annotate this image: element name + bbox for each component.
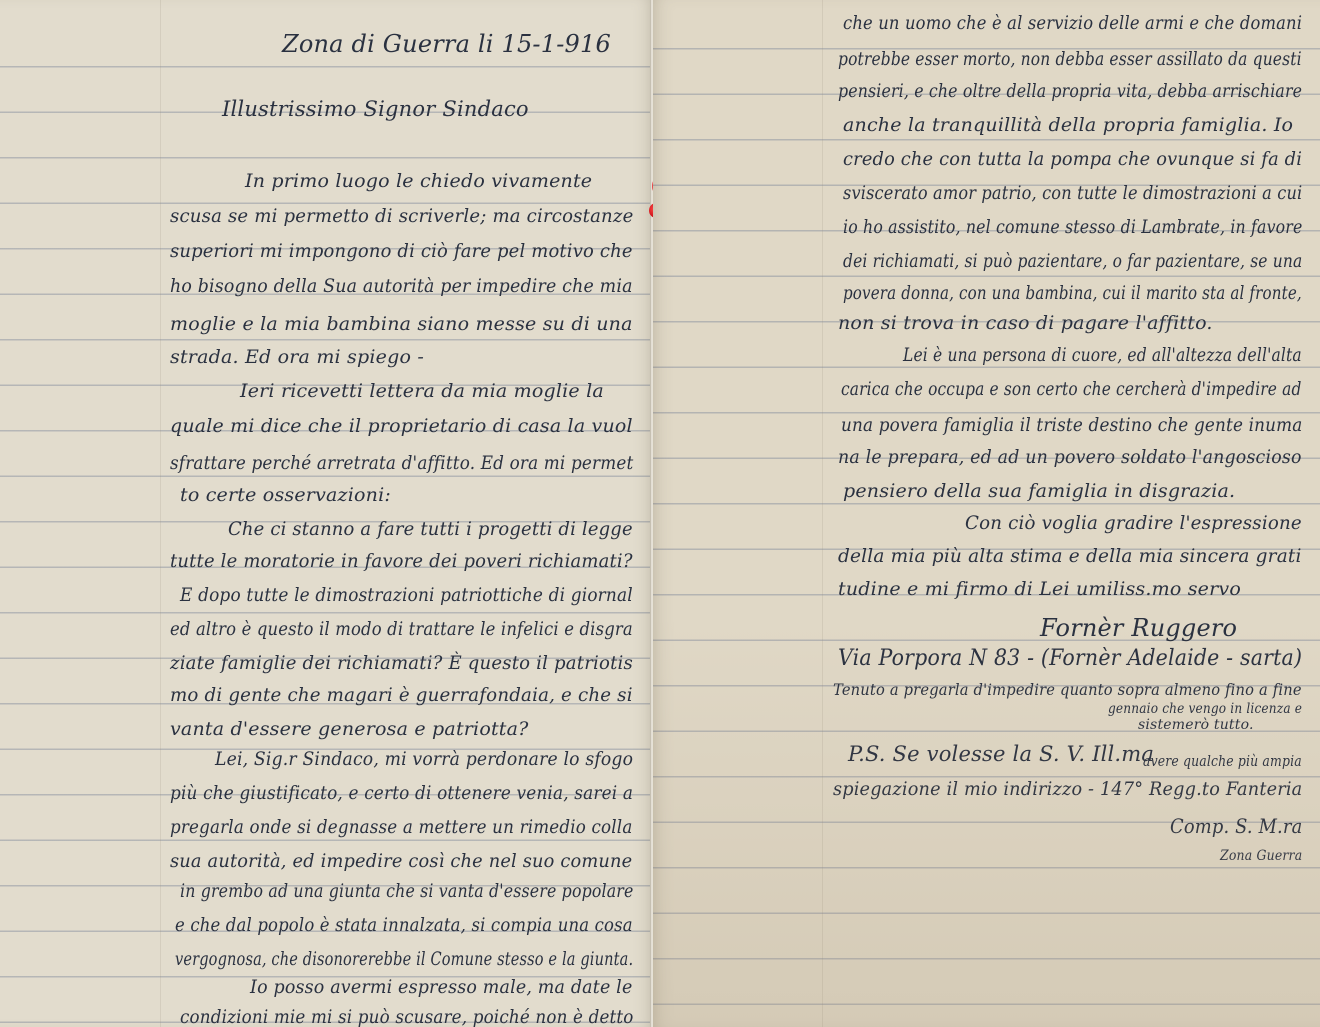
handwritten-line: Io posso avermi espresso male, ma date l… [250,976,632,998]
postscript-line: P.S. Se volesse la S. V. Ill.ma [848,742,1154,766]
salutation: Illustrissimo Signor Sindaco [222,97,529,121]
letter-spread: Zona di Guerra li 15-1-916 Illustrissimo… [0,0,1320,1027]
handwritten-line: una povera famiglia il triste destino ch… [841,414,1302,436]
handwritten-line: vergognosa, che disonorerebbe il Comune … [175,948,633,970]
handwritten-line: sua autorità, ed impedire così che nel s… [170,850,632,872]
handwritten-line: credo che con tutta la pompa che ovunque… [843,148,1302,170]
handwritten-line: Lei è una persona di cuore, ed all'altez… [903,344,1302,366]
postscript-line: avere qualche più ampia [1143,752,1302,770]
left-page: Zona di Guerra li 15-1-916 Illustrissimo… [0,0,651,1027]
handwritten-line: anche la tranquillità della propria fami… [843,114,1293,136]
location-note: Zona Guerra [1220,848,1302,864]
handwritten-line: Che ci stanno a fare tutti i progetti di… [228,518,633,540]
handwritten-line: tudine e mi firmo di Lei umiliss.mo serv… [838,578,1241,600]
handwritten-line: In primo luogo le chiedo vivamente [245,170,592,192]
handwritten-line: tutte le moratorie in favore dei poveri … [170,550,633,572]
handwritten-line: sfrattare perché arretrata d'affitto. Ed… [170,452,633,474]
handwritten-line: sviscerato amor patrio, con tutte le dim… [843,182,1302,204]
handwritten-line: moglie e la mia bambina siano messe su d… [170,313,633,335]
handwritten-line: della mia più alta stima e della mia sin… [838,545,1302,567]
right-page: che un uomo che è al servizio delle armi… [653,0,1320,1027]
military-unit: Comp. S. M.ra [1170,814,1302,838]
margin-rule [160,0,161,1027]
handwritten-line: scusa se mi permetto di scriverle; ma ci… [170,205,633,227]
handwritten-line: che un uomo che è al servizio delle armi… [843,12,1302,34]
postscript-line: gennaio che vengo in licenza e [1108,701,1302,717]
handwritten-line: superiori mi impongono di ciò fare pel m… [170,240,633,262]
handwritten-line: ziate famiglie dei richiamati? È questo … [170,652,633,674]
handwritten-line: povera donna, con una bambina, cui il ma… [843,282,1302,304]
handwritten-line: Lei, Sig.r Sindaco, mi vorrà perdonare l… [215,748,633,770]
handwritten-line: pregarla onde si degnasse a mettere un r… [170,816,632,838]
handwritten-line: strada. Ed ora mi spiego - [170,346,424,368]
handwritten-line: dei richiamati, si può pazientare, o far… [843,250,1302,272]
handwritten-line: ed altro è questo il modo di trattare le… [170,618,633,640]
handwritten-line: to certe osservazioni: [180,484,391,506]
postscript-line: Tenuto a pregarla d'impedire quanto sopr… [833,680,1302,699]
handwritten-line: condizioni mie mi si può scusare, poiché… [180,1006,634,1027]
handwritten-line: non si trova in caso di pagare l'affitto… [838,312,1213,334]
handwritten-line: e che dal popolo è stata innalzata, si c… [175,914,633,936]
handwritten-line: ho bisogno della Sua autorità per impedi… [170,275,633,297]
postscript-line: sistemerò tutto. [1138,717,1254,733]
handwritten-line: Con ciò voglia gradire l'espressione [965,512,1302,534]
handwritten-line: in grembo ad una giunta che si vanta d'e… [180,880,634,902]
handwritten-line: vanta d'essere generosa e patriotta? [170,718,529,740]
handwritten-line: più che giustificato, e certo di ottener… [170,782,633,804]
postscript-line: spiegazione il mio indirizzo - 147° Regg… [833,778,1302,800]
handwritten-line: pensieri, e che oltre della propria vita… [838,80,1302,102]
handwritten-line: E dopo tutte le dimostrazioni patriottic… [180,584,633,606]
signature: Fornèr Ruggero [1040,614,1237,642]
handwritten-line: Ieri ricevetti lettera da mia moglie la [240,380,604,402]
sender-address: Via Porpora N 83 - (Fornèr Adelaide - sa… [838,646,1302,671]
margin-rule [822,0,823,1027]
handwritten-line: na le prepara, ed ad un povero soldato l… [838,446,1302,468]
handwritten-line: io ho assistito, nel comune stesso di La… [843,216,1302,238]
handwritten-line: carica che occupa e son certo che cerche… [841,378,1301,400]
letter-date-heading: Zona di Guerra li 15-1-916 [282,30,611,58]
handwritten-line: mo di gente che magari è guerrafondaia, … [170,684,633,706]
handwritten-line: potrebbe esser morto, non debba esser as… [838,48,1302,70]
handwritten-line: pensiero della sua famiglia in disgrazia… [843,480,1235,502]
handwritten-line: quale mi dice che il proprietario di cas… [170,415,633,437]
